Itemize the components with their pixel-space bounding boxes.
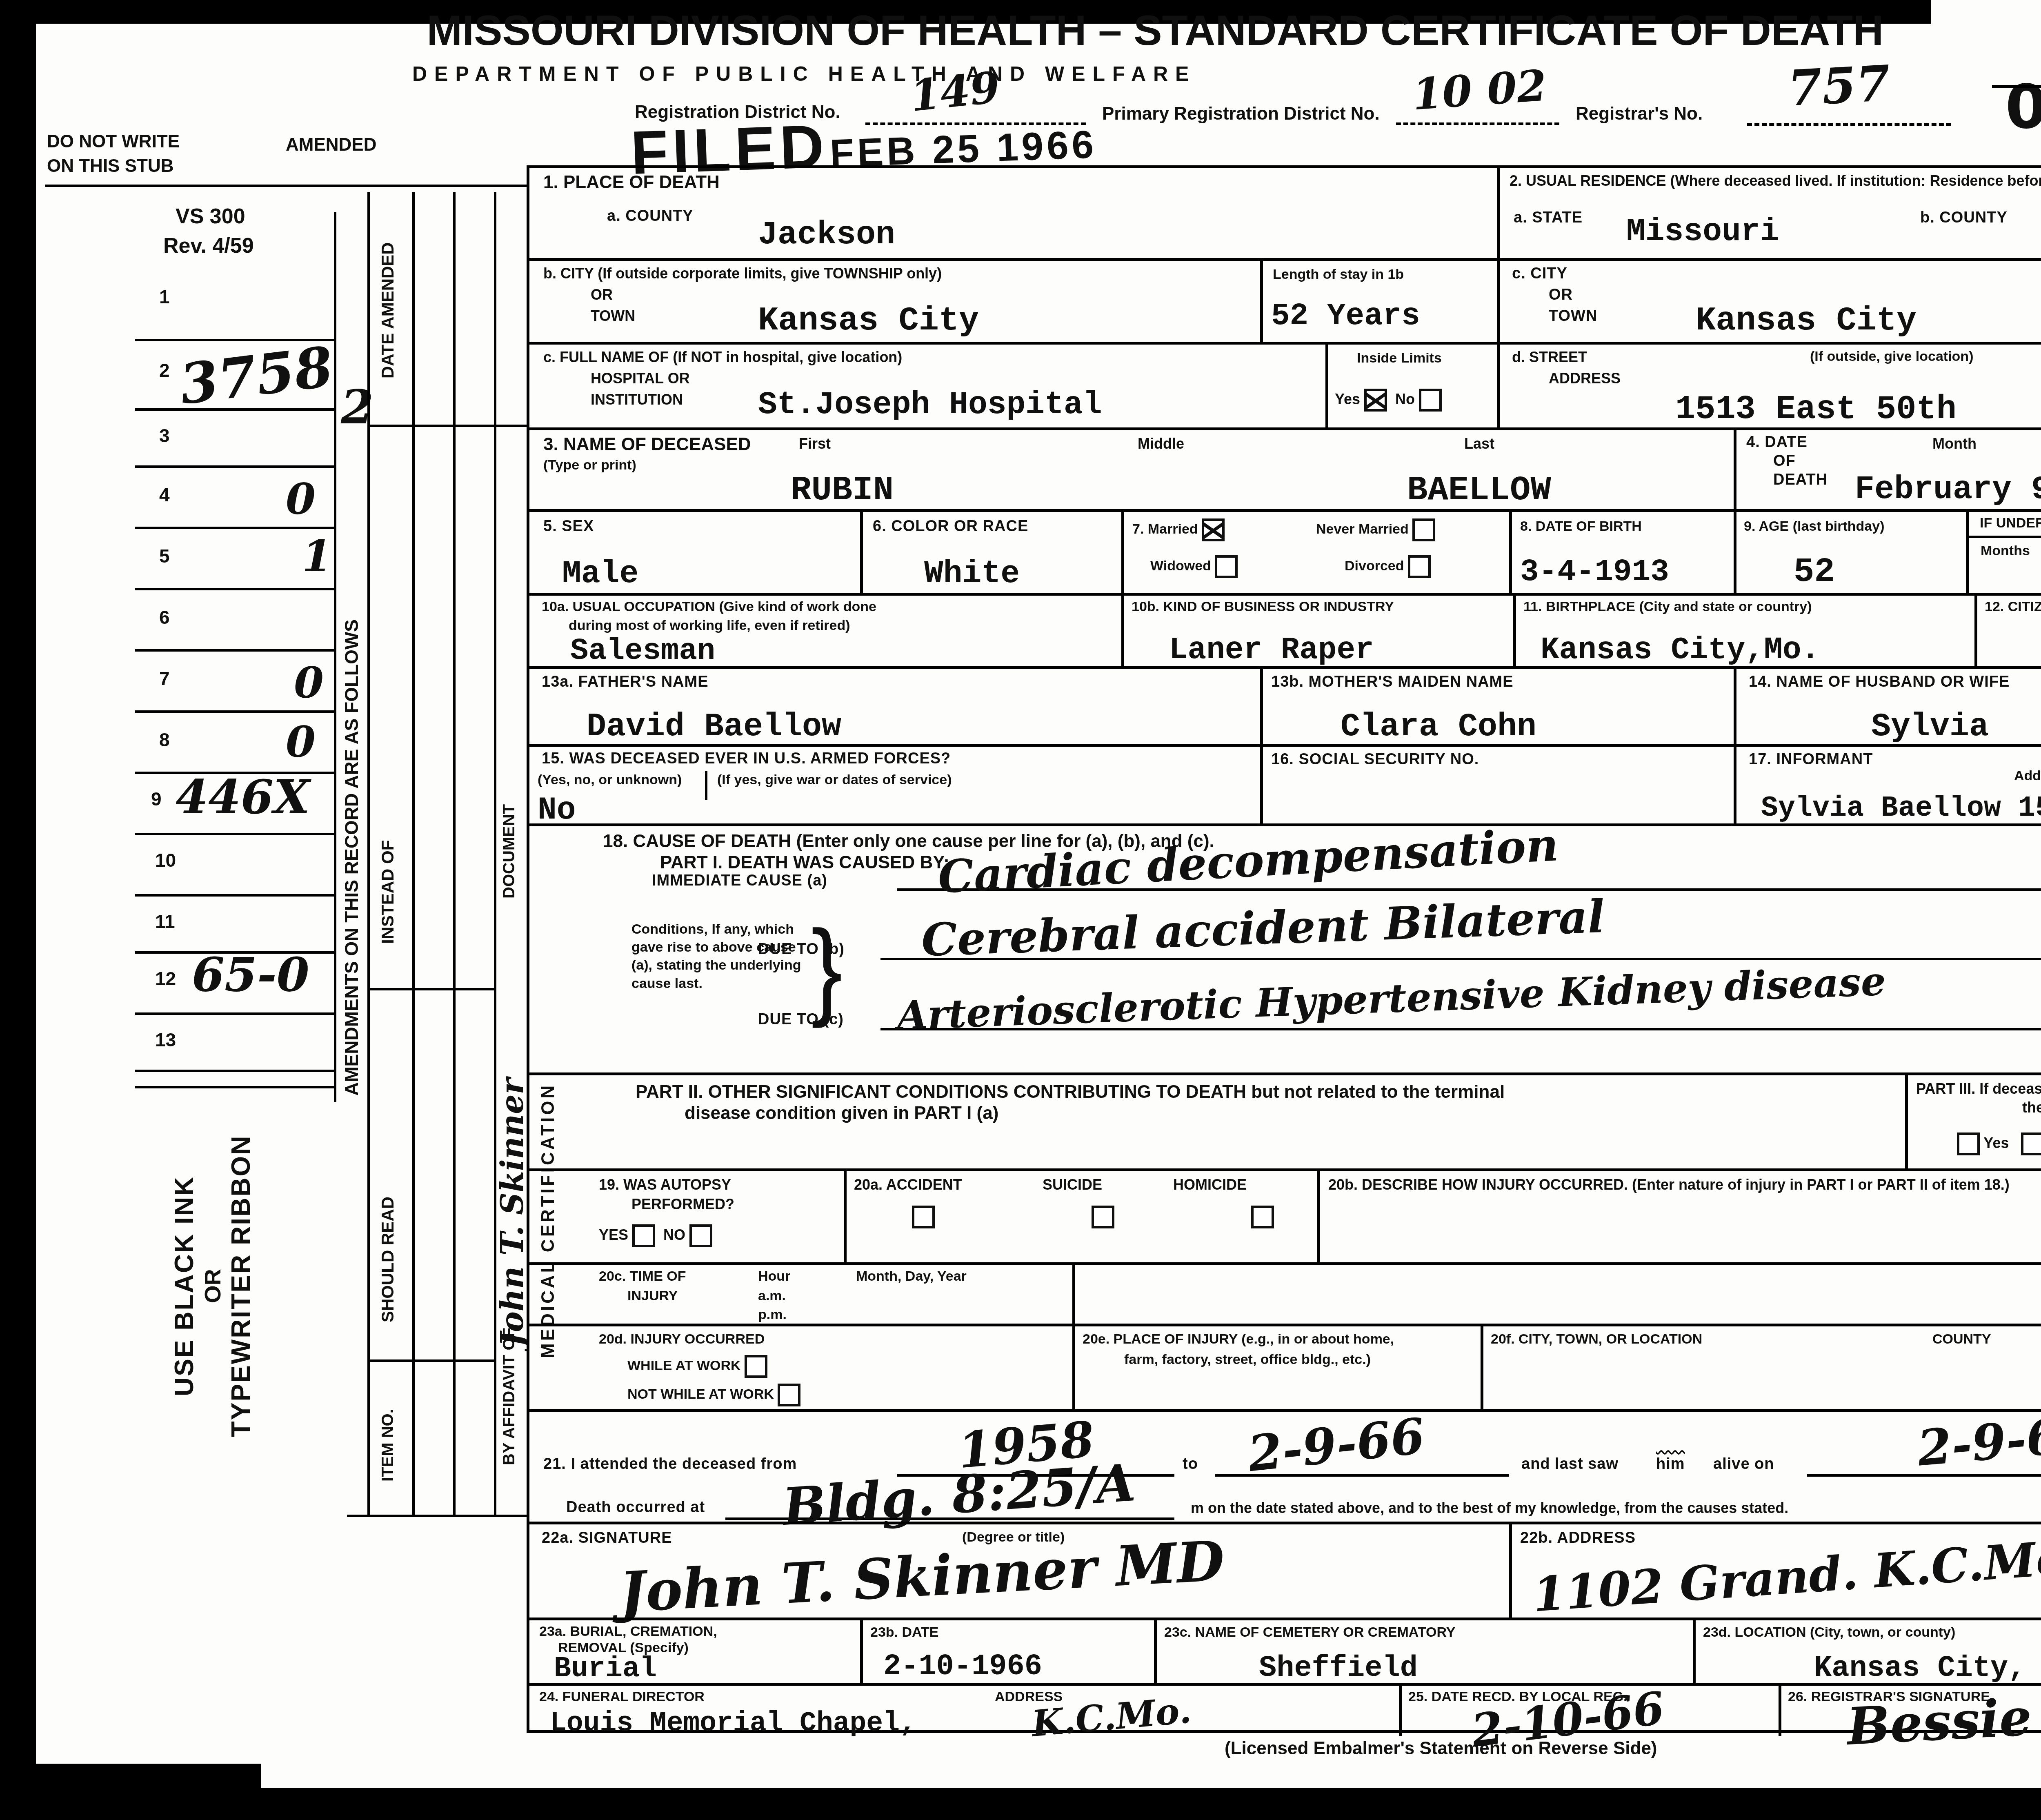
row-attended: 21. I attended the deceased from 1958 to… bbox=[529, 1409, 2041, 1522]
signature-address-label: 22b. ADDRESS bbox=[1520, 1529, 1636, 1547]
death-occurred-post-label: m on the date stated above, and to the b… bbox=[1191, 1500, 1788, 1517]
row-injury-place: 20d. INJURY OCCURRED WHILE AT WORK NOT W… bbox=[529, 1324, 2041, 1409]
stub-row-line bbox=[135, 588, 335, 590]
state-file-number-label: STATE FILE NUMBER bbox=[1992, 93, 2041, 111]
item-no-vertical-label: ITEM NO. bbox=[369, 1380, 406, 1511]
city-town: TOWN bbox=[591, 307, 635, 325]
stub-row-no-8: 8 bbox=[159, 729, 170, 751]
last-name-header: Last bbox=[1464, 435, 1494, 452]
residence-county-label: b. COUNTY bbox=[1920, 209, 2008, 227]
dod-label: 4. DATE bbox=[1746, 434, 1808, 451]
fathers-name-label: 13a. FATHER'S NAME bbox=[542, 673, 709, 691]
autopsy-no-label: NO bbox=[663, 1226, 685, 1243]
hospital-inside-limits-cell: Inside Limits Yes No bbox=[1325, 345, 1497, 427]
hospital-label2: HOSPITAL OR bbox=[591, 370, 690, 387]
row-autopsy-accident: 19. WAS AUTOPSY PERFORMED? YES NO 20a. A… bbox=[529, 1168, 2041, 1262]
marital-status-cell: 7. Married Never Married Widowed Divorce… bbox=[1121, 512, 1509, 593]
row-time-of-injury: 20c. TIME OF INJURY Hour a.m. p.m. Month… bbox=[529, 1262, 2041, 1324]
place-of-injury-label2: farm, factory, street, office bldg., etc… bbox=[1124, 1352, 1371, 1368]
married-label: 7. Married bbox=[1132, 521, 1198, 537]
pm-label: p.m. bbox=[758, 1307, 787, 1323]
married-option: 7. Married bbox=[1132, 518, 1225, 541]
name-of-deceased-label: 3. NAME OF DECEASED bbox=[543, 434, 751, 455]
sex-value: Male bbox=[562, 556, 638, 592]
widowed-label: Widowed bbox=[1150, 558, 1211, 574]
while-at-work-label: WHILE AT WORK bbox=[627, 1358, 741, 1373]
death-occurred-label: Death occurred at bbox=[566, 1499, 705, 1516]
county-value: Jackson bbox=[758, 216, 895, 254]
cause-c-value: Arteriosclerotic Hypertensive Kidney dis… bbox=[896, 958, 1887, 1039]
department-subtitle: DEPARTMENT OF PUBLIC HEALTH AND WELFARE bbox=[412, 62, 1196, 86]
use-black-ink-line2: OR bbox=[199, 1269, 226, 1303]
describe-injury-cell: 20b. DESCRIBE HOW INJURY OCCURRED. (Ente… bbox=[1317, 1171, 2041, 1262]
months-header: Months bbox=[1981, 543, 2030, 559]
part2-label: PART II. OTHER SIGNIFICANT CONDITIONS CO… bbox=[636, 1082, 1505, 1102]
amend-grid-line bbox=[453, 192, 456, 1515]
ssn-label: 16. SOCIAL SECURITY NO. bbox=[1271, 751, 1479, 768]
divorced-checkbox bbox=[1408, 555, 1431, 578]
accident-label: 20a. ACCIDENT bbox=[854, 1176, 962, 1193]
autopsy-options: YES NO bbox=[599, 1224, 712, 1247]
physician-signature: John T. Skinner MD bbox=[618, 1528, 1226, 1624]
ssn-cell: 16. SOCIAL SECURITY NO. bbox=[1260, 747, 1734, 823]
part3-label2: there a pregnancy in last 90 days. bbox=[2022, 1099, 2041, 1116]
widowed-checkbox bbox=[1215, 555, 1238, 578]
suicide-label: SUICIDE bbox=[1043, 1176, 1102, 1193]
part2-label2: disease condition given in PART I (a) bbox=[685, 1103, 998, 1124]
not-while-at-work-label: NOT WHILE AT WORK bbox=[627, 1386, 774, 1402]
stub-row-no-1: 1 bbox=[159, 286, 170, 308]
stub-row-value-8: 0 bbox=[286, 716, 316, 767]
state-label: a. STATE bbox=[1514, 209, 1583, 227]
burial-label: 23a. BURIAL, CREMATION, bbox=[539, 1624, 717, 1640]
occupation-label: 10a. USUAL OCCUPATION (Give kind of work… bbox=[542, 599, 876, 615]
row-funeral-director: 24. FUNERAL DIRECTOR ADDRESS Louis Memor… bbox=[529, 1683, 2041, 1736]
citizen-label: 12. CITIZEN OF WHAT COUNTRY bbox=[1985, 599, 2041, 615]
armed-forces-label: 15. WAS DECEASED EVER IN U.S. ARMED FORC… bbox=[542, 750, 951, 768]
armed-forces-value: No bbox=[538, 792, 576, 828]
primary-registration-district-label: Primary Registration District No. bbox=[1102, 104, 1380, 124]
residence-city-town: TOWN bbox=[1549, 307, 1597, 325]
age-label: 9. AGE (last birthday) bbox=[1744, 518, 1884, 534]
hospital-inside-yes-checkbox bbox=[1364, 389, 1387, 412]
birthplace-cell: 11. BIRTHPLACE (City and state or countr… bbox=[1513, 596, 1974, 666]
pregnancy-yes-checkbox bbox=[1957, 1132, 1980, 1155]
dod-of: OF bbox=[1773, 452, 1796, 470]
stub-row-value-9: 446X bbox=[176, 770, 310, 825]
stub-row-no-12: 12 bbox=[155, 968, 176, 990]
autopsy-label2: PERFORMED? bbox=[631, 1196, 734, 1213]
place-of-injury-cell: 20e. PLACE OF INJURY (e.g., in or about … bbox=[1072, 1326, 1481, 1409]
if-under-1-year-label: IF UNDER 1 YEAR bbox=[1980, 515, 2041, 531]
attended-to-value: 2-9-66 bbox=[1245, 1407, 1427, 1483]
last-name-value: BAELLOW bbox=[1407, 471, 1551, 510]
alive-on-value: 2-9-66 bbox=[1915, 1404, 2041, 1477]
street-paren: (If outside, give location) bbox=[1810, 349, 1973, 365]
stub-do-not-write-line1: DO NOT WRITE bbox=[47, 131, 180, 152]
street-label2: ADDRESS bbox=[1549, 370, 1621, 387]
burial-date-cell: 23b. DATE 2-10-1966 bbox=[860, 1620, 1154, 1683]
injury-occurred-label: 20d. INJURY OCCURRED bbox=[599, 1331, 765, 1347]
stub-row-no-9: 9 bbox=[151, 788, 162, 810]
occupation-value: Salesman bbox=[570, 634, 715, 668]
street-label: d. STREET bbox=[1512, 349, 1587, 366]
business-industry-label: 10b. KIND OF BUSINESS OR INDUSTRY bbox=[1132, 599, 1394, 615]
length-of-stay-value: 52 Years bbox=[1271, 298, 1420, 334]
time-of-injury-label: 20c. TIME OF bbox=[599, 1268, 686, 1284]
cemetery-value: Sheffield bbox=[1259, 1651, 1418, 1685]
attended-to-label: to bbox=[1183, 1455, 1198, 1473]
birthplace-value: Kansas City,Mo. bbox=[1541, 632, 1820, 667]
scan-black-bar bbox=[0, 1793, 1286, 1820]
part3-cell: PART III. If deceased was female was the… bbox=[1905, 1075, 2041, 1168]
place-of-injury-label: 20e. PLACE OF INJURY (e.g., in or about … bbox=[1083, 1331, 1394, 1347]
middle-name-header: Middle bbox=[1138, 435, 1184, 452]
dod-month-header: Month bbox=[1932, 435, 1977, 452]
birthplace-label: 11. BIRTHPLACE (City and state or countr… bbox=[1523, 599, 1812, 615]
armed-forces-divider bbox=[705, 771, 707, 800]
never-married-checkbox bbox=[1412, 518, 1435, 541]
dod-death: DEATH bbox=[1773, 471, 1828, 489]
month-day-year-label: Month, Day, Year bbox=[856, 1268, 967, 1284]
instead-of-vertical-label: INSTEAD OF bbox=[369, 800, 406, 984]
registrar-signature-cell: 26. REGISTRAR'S SIGNATURE Bessie Smith bbox=[1779, 1686, 2041, 1736]
spouse-value: Sylvia bbox=[1871, 708, 1989, 745]
divorced-option: Divorced bbox=[1345, 555, 1431, 578]
dob-cell: 8. DATE OF BIRTH 3-4-1913 bbox=[1509, 512, 1734, 593]
usual-residence-cell: 2. USUAL RESIDENCE (Where deceased lived… bbox=[1497, 168, 2041, 258]
stub-row-line-double bbox=[135, 1086, 335, 1088]
row-cause-of-death: 18. CAUSE OF DEATH (Enter only one cause… bbox=[529, 823, 2041, 1072]
hospital-value: St.Joseph Hospital bbox=[758, 387, 1102, 423]
amend-grid-rule bbox=[367, 1359, 494, 1362]
part3-label: PART III. If deceased was female was bbox=[1916, 1080, 2041, 1097]
armed-forces-label2: (Yes, no, or unknown) bbox=[538, 772, 682, 788]
burial-location-cell: 23d. LOCATION (City, town, or county) (S… bbox=[1693, 1620, 2041, 1683]
length-of-stay-cell: Length of stay in 1b 52 Years bbox=[1260, 261, 1497, 342]
under-age-cell: IF UNDER 1 YEAR IF UNDER 24 HR Months Da… bbox=[1966, 512, 2041, 593]
amend-grid-rule bbox=[367, 988, 494, 990]
no-label: No bbox=[1395, 391, 1415, 407]
document-vertical-label: DOCUMENT bbox=[495, 763, 523, 939]
stub-row-line bbox=[135, 894, 335, 897]
autopsy-label: 19. WAS AUTOPSY bbox=[599, 1176, 731, 1193]
stub-row-no-13: 13 bbox=[155, 1029, 176, 1051]
stub-row-line bbox=[135, 649, 335, 652]
informant-label: 17. INFORMANT bbox=[1749, 751, 1873, 768]
spouse-cell: 14. NAME OF HUSBAND OR WIFE Sylvia bbox=[1734, 669, 2041, 744]
row-occupation-birthplace: 10a. USUAL OCCUPATION (Give kind of work… bbox=[529, 593, 2041, 666]
funeral-director-value: Louis Memorial Chapel, bbox=[550, 1708, 916, 1739]
while-at-work-option: WHILE AT WORK bbox=[627, 1355, 767, 1378]
not-while-at-work-checkbox bbox=[778, 1384, 800, 1406]
autopsy-yes-checkbox bbox=[632, 1224, 655, 1247]
stub-row-no-2: 2 bbox=[159, 359, 170, 381]
injury-city-label: 20f. CITY, TOWN, OR LOCATION bbox=[1491, 1331, 1702, 1347]
page-title: MISSOURI DIVISION OF HEALTH – STANDARD C… bbox=[388, 7, 1923, 55]
suicide-checkbox bbox=[1092, 1206, 1114, 1228]
informant-address-header: Address bbox=[2014, 768, 2041, 784]
accident-suicide-homicide-cell: 20a. ACCIDENT SUICIDE HOMICIDE bbox=[844, 1171, 1317, 1262]
dob-label: 8. DATE OF BIRTH bbox=[1520, 518, 1642, 534]
certificate-form: 1. PLACE OF DEATH a. COUNTY Jackson 2. U… bbox=[527, 165, 2041, 1733]
street-value: 1513 East 50th bbox=[1675, 390, 1957, 428]
amend-grid-line bbox=[412, 192, 415, 1515]
row-part2-part3: PART II. OTHER SIGNIFICANT CONDITIONS CO… bbox=[529, 1072, 2041, 1168]
cemetery-cell: 23c. NAME OF CEMETERY OR CREMATORY Sheff… bbox=[1154, 1620, 1693, 1683]
row-parents-spouse: 13a. FATHER'S NAME David Baellow 13b. MO… bbox=[529, 666, 2041, 744]
business-industry-value: Laner Raper bbox=[1169, 632, 1374, 667]
not-while-at-work-option: NOT WHILE AT WORK bbox=[627, 1384, 800, 1406]
scanned-death-certificate: MISSOURI DIVISION OF HEALTH – STANDARD C… bbox=[0, 0, 2041, 1820]
burial-date-value: 2-10-1966 bbox=[883, 1650, 1042, 1683]
stub-row-no-10: 10 bbox=[155, 849, 176, 871]
stub-row-line bbox=[135, 408, 335, 411]
hospital-inside-limits-label: Inside Limits bbox=[1357, 350, 1442, 366]
affidavit-name-handwritten: John T. Skinner bbox=[495, 1045, 530, 1380]
use-black-ink-line1: USE BLACK INK bbox=[169, 1176, 199, 1396]
sex-label: 5. SEX bbox=[543, 518, 594, 535]
dod-value: February 9, 1966 bbox=[1855, 471, 2041, 508]
stub-amended-label: AMENDED bbox=[286, 135, 376, 155]
state-file-number-underline bbox=[1992, 85, 2041, 88]
part1-label: PART I. DEATH WAS CAUSED BY: bbox=[660, 852, 949, 873]
time-of-injury-label2: INJURY bbox=[627, 1288, 678, 1304]
alive-on-label: alive on bbox=[1713, 1455, 1774, 1473]
injury-county-label: COUNTY bbox=[1932, 1331, 1991, 1347]
part3-options: Yes No Unknown bbox=[1957, 1132, 2041, 1155]
county-label: a. COUNTY bbox=[607, 207, 694, 225]
injury-location-cell: 20f. CITY, TOWN, OR LOCATION COUNTY STAT… bbox=[1481, 1326, 2041, 1409]
type-or-print-label: (Type or print) bbox=[543, 457, 636, 473]
stub-row-no-6: 6 bbox=[159, 606, 170, 628]
row-city-town: b. CITY (If outside corporate limits, gi… bbox=[529, 258, 2041, 342]
never-married-label: Never Married bbox=[1316, 521, 1409, 537]
stub-number-column-line bbox=[334, 212, 336, 1102]
row-signature: 22a. SIGNATURE (Degree or title) John T.… bbox=[529, 1522, 2041, 1618]
stub-row-value-12: 65-0 bbox=[192, 947, 309, 1002]
first-name-value: RUBIN bbox=[791, 471, 894, 510]
under-age-rule bbox=[1969, 536, 2041, 538]
amend-grid-rule bbox=[347, 1515, 527, 1517]
business-industry-cell: 10b. KIND OF BUSINESS OR INDUSTRY Laner … bbox=[1121, 596, 1513, 666]
signature-address-cell: 22b. ADDRESS 1102 Grand. K.C.Mo bbox=[1509, 1524, 2041, 1618]
state-value: Missouri bbox=[1626, 214, 1779, 250]
cemetery-label: 23c. NAME OF CEMETERY OR CREMATORY bbox=[1164, 1624, 1455, 1640]
burial-location-label: 23d. LOCATION (City, town, or county) bbox=[1703, 1624, 1955, 1640]
mothers-name-label: 13b. MOTHER'S MAIDEN NAME bbox=[1271, 673, 1514, 691]
hospital-inside-no-checkbox bbox=[1419, 389, 1442, 412]
should-read-vertical-label: SHOULD READ bbox=[369, 1164, 406, 1355]
hospital-inside-limits-options: Yes No bbox=[1335, 389, 1442, 412]
due-to-b-label: DUE TO (b) bbox=[758, 941, 845, 958]
last-saw-label: and last saw bbox=[1521, 1455, 1619, 1473]
amendments-vertical-label: AMENDMENTS ON THIS RECORD ARE AS FOLLOWS bbox=[338, 367, 365, 1347]
married-checkbox bbox=[1202, 518, 1225, 541]
am-label: a.m. bbox=[758, 1288, 786, 1304]
stub-row-line bbox=[135, 1070, 335, 1072]
stub-row-no-3: 3 bbox=[159, 425, 170, 447]
autopsy-no-checkbox bbox=[689, 1224, 712, 1247]
stub-row-no-11: 11 bbox=[155, 910, 175, 932]
stub-row-line bbox=[135, 1012, 335, 1015]
usual-residence-label: 2. USUAL RESIDENCE (Where deceased lived… bbox=[1510, 172, 2041, 189]
due-to-c-label: DUE TO (c) bbox=[758, 1011, 844, 1028]
hour-label: Hour bbox=[758, 1268, 790, 1284]
stub-row-line bbox=[135, 465, 335, 468]
color-race-label: 6. COLOR OR RACE bbox=[873, 518, 1028, 535]
informant-cell: 17. INFORMANT Address Sylvia Baellow 151… bbox=[1734, 747, 2041, 823]
residence-city-label: c. CITY bbox=[1512, 265, 1567, 283]
signature-label: 22a. SIGNATURE bbox=[542, 1529, 672, 1547]
date-of-death-cell: 4. DATE OF DEATH Month Day Year February… bbox=[1734, 430, 2041, 509]
city-value: Kansas City bbox=[758, 302, 979, 340]
registrars-no-label: Registrar's No. bbox=[1576, 104, 1703, 124]
primary-registration-district-blank bbox=[1396, 122, 1559, 125]
hospital-label3: INSTITUTION bbox=[591, 391, 683, 408]
never-married-option: Never Married bbox=[1316, 518, 1435, 541]
stub-row-value-4: 0 bbox=[286, 474, 316, 524]
stub-row-value-7: 0 bbox=[294, 657, 324, 708]
amend-grid-rule bbox=[367, 425, 527, 427]
color-race-cell: 6. COLOR OR RACE White bbox=[860, 512, 1121, 593]
stub-row-value-5: 1 bbox=[302, 531, 332, 581]
immediate-cause-label: IMMEDIATE CAUSE (a) bbox=[652, 872, 827, 890]
first-name-header: First bbox=[799, 435, 831, 452]
row-forces-ssn-informant: 15. WAS DECEASED EVER IN U.S. ARMED FORC… bbox=[529, 744, 2041, 823]
homicide-checkbox bbox=[1251, 1206, 1274, 1228]
accident-checkbox bbox=[912, 1206, 935, 1228]
informant-value: Sylvia Baellow 1513 East 50th bbox=[1761, 792, 2041, 825]
stub-form-rev: Rev. 4/59 bbox=[163, 234, 254, 258]
burial-location-value: Kansas City, Missouri bbox=[1814, 1651, 2041, 1685]
occupation-label2: during most of working life, even if ret… bbox=[569, 618, 850, 634]
funeral-director-label: 24. FUNERAL DIRECTOR bbox=[539, 1689, 705, 1705]
attended-pre-label: 21. I attended the deceased from bbox=[543, 1455, 797, 1473]
primary-registration-district-value: 10 02 bbox=[1411, 60, 1548, 120]
age-cell: 9. AGE (last birthday) 52 bbox=[1734, 512, 1966, 593]
while-at-work-checkbox bbox=[745, 1355, 767, 1378]
time-of-injury-empty-cell bbox=[1072, 1265, 2041, 1324]
row-hospital-street: c. FULL NAME OF (If NOT in hospital, giv… bbox=[529, 342, 2041, 427]
stub-do-not-write-line2: ON THIS STUB bbox=[47, 156, 173, 176]
place-of-death-label: 1. PLACE OF DEATH bbox=[543, 172, 720, 193]
widowed-option: Widowed bbox=[1150, 555, 1238, 578]
describe-injury-label: 20b. DESCRIBE HOW INJURY OCCURRED. (Ente… bbox=[1328, 1176, 2010, 1193]
stub-row-line bbox=[135, 710, 335, 713]
stub-row-no-4: 4 bbox=[159, 484, 170, 506]
burial-date-label: 23b. DATE bbox=[870, 1624, 939, 1640]
use-black-ink-line3: TYPEWRITER RIBBON bbox=[226, 1135, 256, 1437]
use-black-ink-block: USE BLACK INK OR TYPEWRITER RIBBON bbox=[161, 1102, 263, 1470]
residence-city-or: OR bbox=[1549, 286, 1573, 304]
armed-forces-label3: (If yes, give war or dates of service) bbox=[717, 772, 952, 788]
homicide-label: HOMICIDE bbox=[1173, 1176, 1247, 1193]
stub-top-rule bbox=[45, 185, 527, 187]
cause-b-value: Cerebral accident Bilateral bbox=[920, 890, 1605, 966]
stub-row-line bbox=[135, 833, 335, 835]
hospital-label: c. FULL NAME OF (If NOT in hospital, giv… bbox=[543, 349, 902, 366]
date-received-cell: 25. DATE RECD. BY LOCAL REG. 2-10-66 bbox=[1399, 1686, 1779, 1736]
him-label: him bbox=[1656, 1455, 1685, 1473]
divorced-label: Divorced bbox=[1345, 558, 1404, 574]
row-sex-race-dob-age: 5. SEX Male 6. COLOR OR RACE White 7. Ma… bbox=[529, 509, 2041, 593]
autopsy-yes-label: YES bbox=[599, 1226, 628, 1243]
city-label: b. CITY (If outside corporate limits, gi… bbox=[543, 265, 942, 282]
yes-label: Yes bbox=[1335, 391, 1360, 407]
row-place-residence: 1. PLACE OF DEATH a. COUNTY Jackson 2. U… bbox=[529, 168, 2041, 258]
street-address-cell: d. STREET ADDRESS (If outside, give loca… bbox=[1497, 345, 2041, 427]
row-burial: 23a. BURIAL, CREMATION, REMOVAL (Specify… bbox=[529, 1618, 2041, 1683]
dob-value: 3-4-1913 bbox=[1520, 554, 1669, 590]
date-amended-vertical-label: DATE AMENDED bbox=[369, 196, 406, 425]
mothers-name-value: Clara Cohn bbox=[1341, 708, 1536, 745]
spouse-label: 14. NAME OF HUSBAND OR WIFE bbox=[1749, 673, 2010, 691]
pregnancy-yes-label: Yes bbox=[1983, 1135, 2009, 1151]
stub-row-line bbox=[135, 527, 335, 529]
stub-form-code: VS 300 bbox=[176, 204, 245, 229]
city-or: OR bbox=[591, 286, 613, 303]
mothers-name-cell: 13b. MOTHER'S MAIDEN NAME Clara Cohn bbox=[1260, 669, 1734, 744]
state-file-number: 66 0006359 bbox=[1976, 2, 2041, 142]
residence-city-value: Kansas City bbox=[1696, 302, 1916, 340]
fathers-name-value: David Baellow bbox=[587, 708, 841, 745]
row-name-dod: 3. NAME OF DECEASED (Type or print) Firs… bbox=[529, 427, 2041, 509]
embalmer-note: (Licensed Embalmer's Statement on Revers… bbox=[1225, 1738, 1657, 1759]
registrars-no-blank bbox=[1747, 123, 1951, 126]
stub-row-no-5: 5 bbox=[159, 545, 170, 567]
residence-city-cell: c. CITY OR TOWN Kansas City bbox=[1497, 261, 2041, 342]
age-value: 52 bbox=[1794, 553, 1835, 592]
citizen-cell: 12. CITIZEN OF WHAT COUNTRY U.S.A. bbox=[1974, 596, 2041, 666]
registrars-no-value: 757 bbox=[1786, 55, 1892, 118]
stub-row-no-7: 7 bbox=[159, 667, 170, 690]
burial-value: Burial bbox=[554, 1653, 657, 1685]
color-race-value: White bbox=[924, 556, 1020, 592]
length-of-stay-label: Length of stay in 1b bbox=[1273, 267, 1404, 283]
pregnancy-no-checkbox bbox=[2021, 1132, 2041, 1155]
